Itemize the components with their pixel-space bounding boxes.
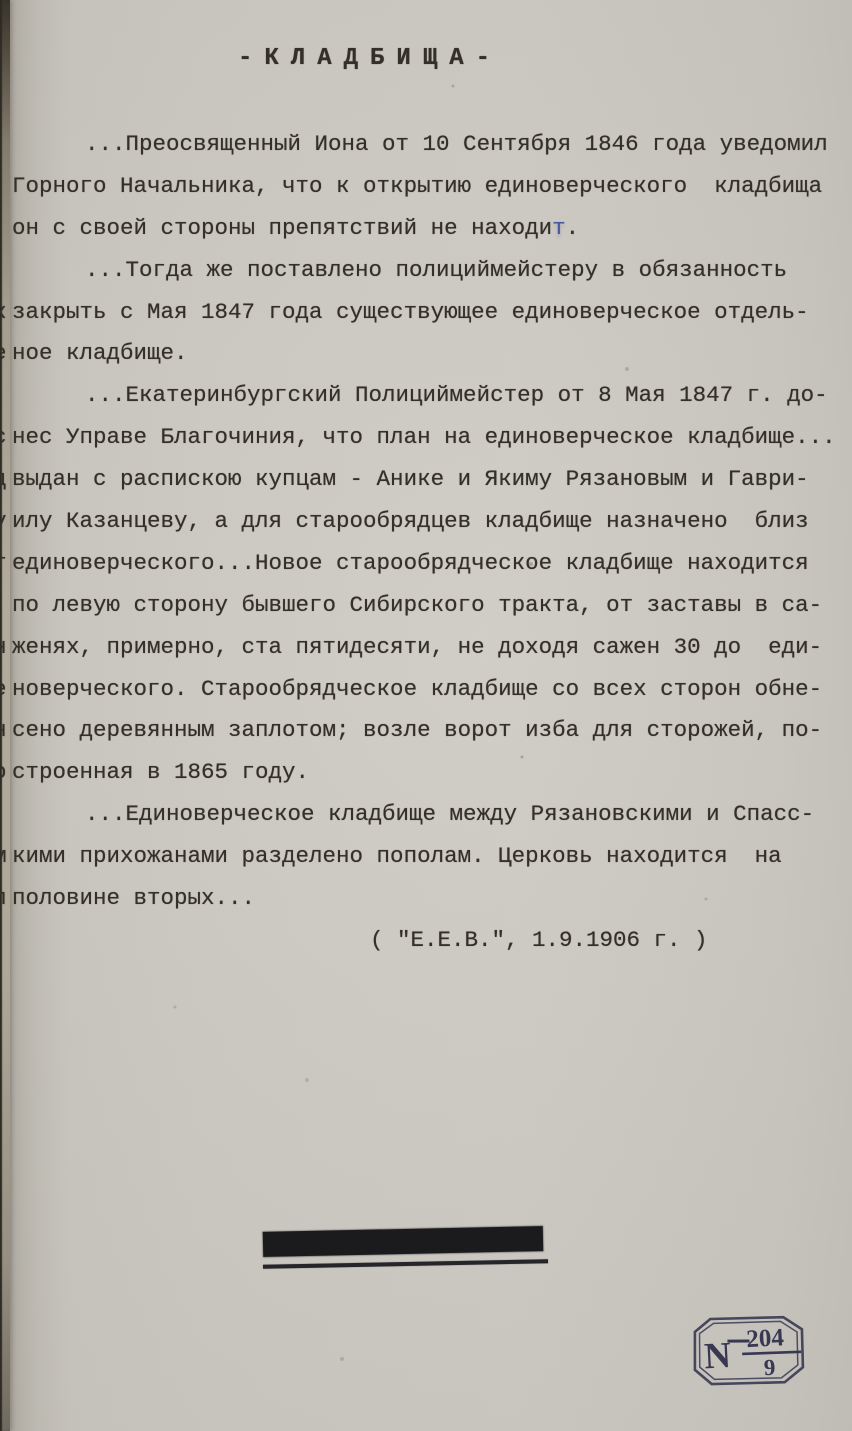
cutoff-letter-fragment: к (0, 292, 7, 334)
page-title: - К Л А Д Б И Щ А - (238, 44, 852, 74)
text-line: ...Екатеринбургский Полициймейстер от 8 … (12, 375, 852, 417)
redaction-bar (263, 1226, 543, 1257)
cutoff-letter-fragment: о (0, 752, 7, 794)
document-body: - К Л А Д Б И Щ А - ...Преосвященный Ион… (0, 0, 852, 962)
stamp-octagon: N 204 9 (689, 1312, 810, 1390)
line-text: закрыть с Мая 1847 года существующее еди… (12, 299, 809, 325)
text-line: ...Тогда же поставлено полициймейстеру в… (12, 250, 852, 292)
archive-number-stamp: N 204 9 (689, 1312, 810, 1390)
line-text: ное кладбище. (12, 340, 188, 366)
line-text: женях, примерно, ста пятидесяти, не дохо… (12, 634, 822, 660)
line-text: строенная в 1865 году. (12, 759, 309, 785)
cutoff-letter-fragment: е (0, 333, 7, 375)
citation-line: ( "Е.Е.В.", 1.9.1906 г. ) (370, 920, 852, 962)
cutoff-letter-fragment: е (0, 669, 7, 711)
text-line: нженях, примерно, ста пятидесяти, не дох… (12, 627, 852, 669)
cutoff-letter-fragment: н (0, 710, 7, 752)
text-line: по левую сторону бывшего Сибирского трак… (12, 585, 852, 627)
text-line: двыдан с распискою купцам - Анике и Яким… (12, 459, 852, 501)
cutoff-letter-fragment: т (0, 543, 7, 585)
cutoff-letter-fragment: п (0, 878, 7, 920)
line-text: он с своей стороны препятствий не находи (12, 215, 552, 241)
text-line: ...Преосвященный Иона от 10 Сентября 184… (12, 124, 852, 166)
line-text: . (566, 215, 580, 241)
line-text: ...Екатеринбургский Полициймейстер от 8 … (85, 382, 828, 408)
cutoff-letter-fragment: с (0, 417, 7, 459)
line-text: Горного Начальника, что к открытию едино… (12, 173, 822, 199)
line-text: выдан с распискою купцам - Анике и Якиму… (12, 466, 809, 492)
text-line: пполовине вторых... (12, 878, 852, 920)
line-text: ...Единоверческое кладбище между Рязанов… (85, 801, 814, 827)
line-text: нес Управе Благочиния, что план на едино… (12, 424, 836, 450)
text-line: снес Управе Благочиния, что план на един… (12, 417, 852, 459)
text-line: уилу Казанцеву, а для старообрядцев клад… (12, 501, 852, 543)
text-line: он с своей стороны препятствий не находи… (12, 208, 852, 250)
text-block: ...Преосвященный Иона от 10 Сентября 184… (12, 124, 852, 962)
stamp-numerator: 204 (746, 1324, 785, 1353)
text-line: кзакрыть с Мая 1847 года существующее ед… (12, 292, 852, 334)
text-line: Горного Начальника, что к открытию едино… (12, 166, 852, 208)
line-text: сено деревянным заплотом; возле ворот из… (12, 717, 822, 743)
stamp-denominator: 9 (763, 1355, 776, 1381)
text-line: нсено деревянным заплотом; возле ворот и… (12, 710, 852, 752)
line-text: ...Тогда же поставлено полициймейстеру в… (85, 257, 787, 283)
blue-ink-correction: т (552, 215, 566, 241)
redaction-bar-underline (263, 1259, 548, 1268)
text-line: мкими прихожанами разделено пополам. Цер… (12, 836, 852, 878)
line-text: половине вторых... (12, 885, 255, 911)
line-text: илу Казанцеву, а для старообрядцев кладб… (12, 508, 809, 534)
text-line: ...Единоверческое кладбище между Рязанов… (12, 794, 852, 836)
text-line: остроенная в 1865 году. (12, 752, 852, 794)
line-text: ...Преосвященный Иона от 10 Сентября 184… (85, 131, 828, 157)
text-line: еноверческого. Старообрядческое кладбище… (12, 669, 852, 711)
cutoff-letter-fragment: м (0, 836, 7, 878)
line-text: по левую сторону бывшего Сибирского трак… (12, 592, 822, 618)
scanned-document-page: { "document": { "title": "- К Л А Д Б И … (0, 0, 852, 1431)
cutoff-letter-fragment: н (0, 627, 7, 669)
cutoff-letter-fragment: д (0, 459, 7, 501)
line-text: единоверческого...Новое старообрядческое… (12, 550, 809, 576)
cutoff-letter-fragment: у (0, 501, 7, 543)
line-text: новерческого. Старообрядческое кладбище … (12, 676, 822, 702)
text-line: тединоверческого...Новое старообрядческо… (12, 543, 852, 585)
text-line: еное кладбище. (12, 333, 852, 375)
line-text: кими прихожанами разделено пополам. Церк… (12, 843, 782, 869)
